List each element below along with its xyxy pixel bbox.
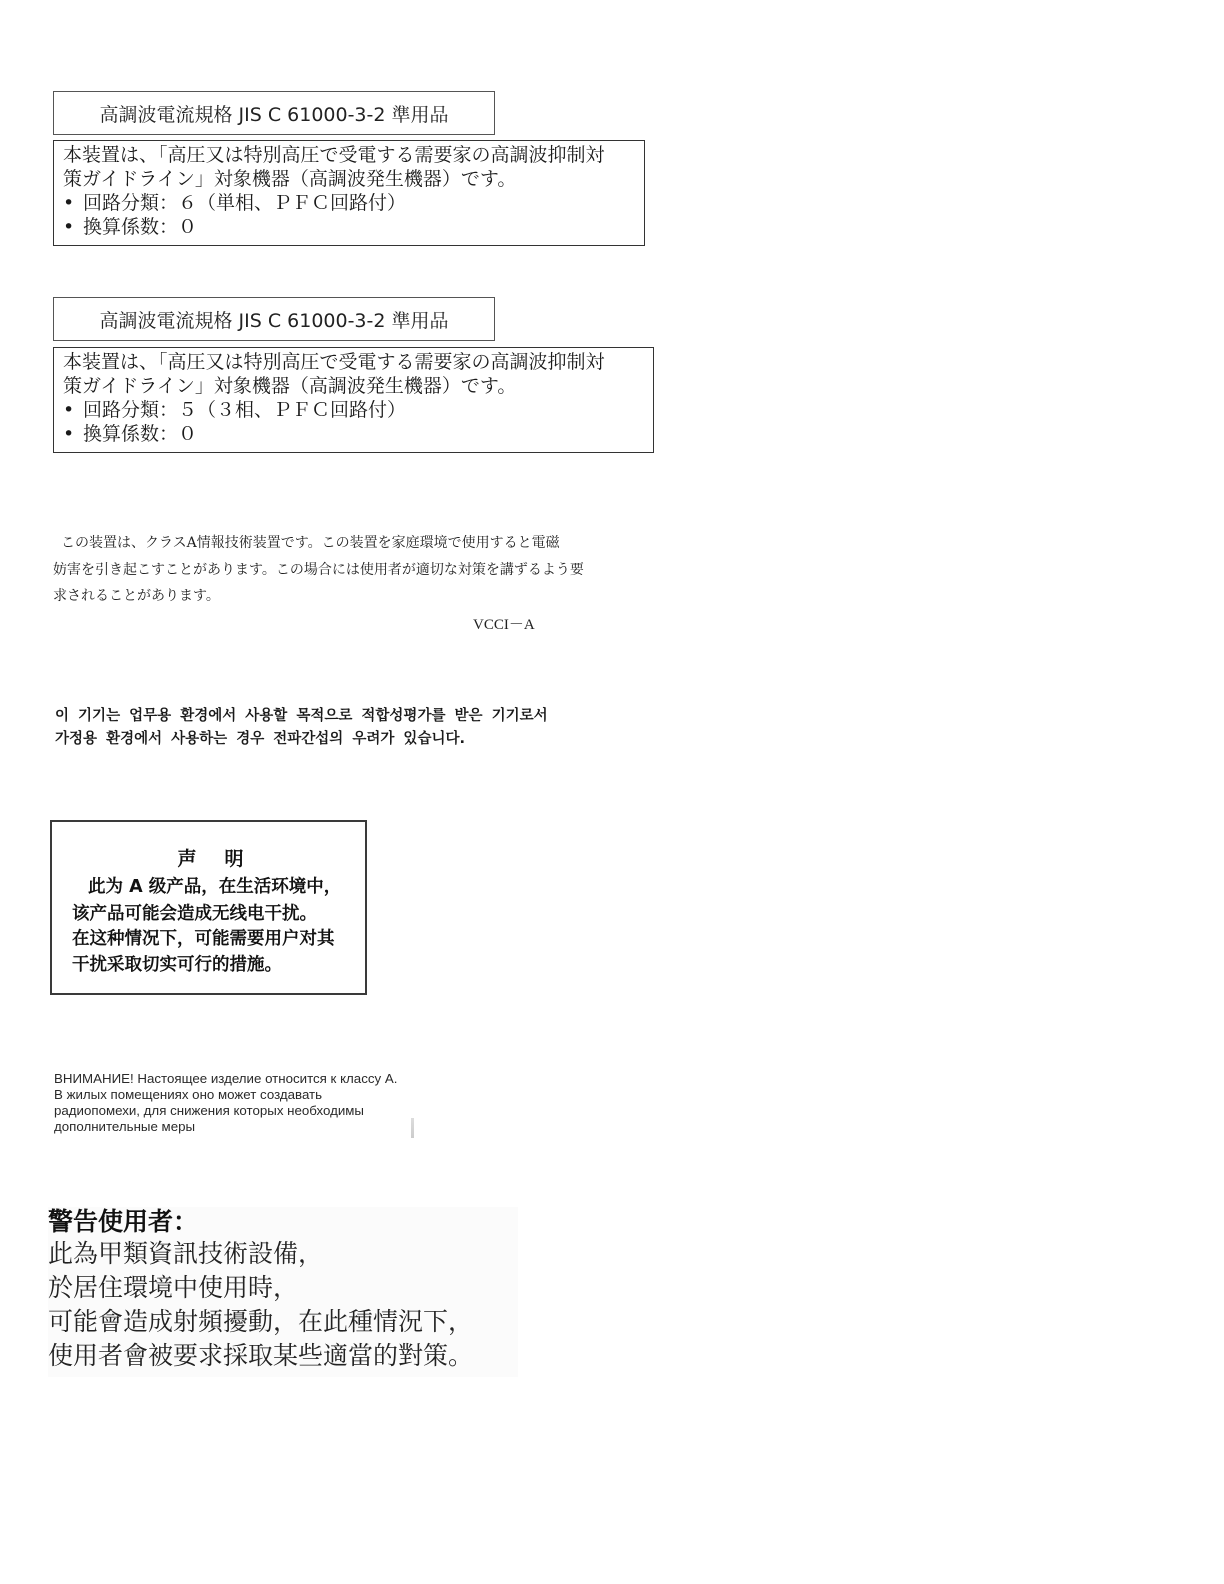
jis-notice-title-text: 高調波電流規格 JIS C 61000-3-2 準用品: [99, 100, 448, 127]
jis-bullet-circuit-class: •回路分類：５（３相、ＰＦＣ回路付）: [63, 398, 644, 422]
vcci-mark: VCCI－A: [473, 613, 535, 634]
bullet-text: 回路分類：６（単相、ＰＦＣ回路付）: [83, 192, 406, 214]
taiwan-warning-line: 於居住環境中使用時，: [48, 1271, 518, 1305]
bullet-icon: •: [63, 422, 83, 446]
bullet-icon: •: [63, 398, 83, 422]
taiwan-warning-line: 此為甲類資訊技術設備，: [48, 1237, 518, 1271]
taiwan-warning-line: 可能會造成射頻擾動，在此種情況下，: [48, 1305, 518, 1339]
bullet-icon: •: [63, 215, 83, 239]
taiwan-bsmi-warning: 警告使用者： 此為甲類資訊技術設備， 於居住環境中使用時， 可能會造成射頻擾動，…: [48, 1207, 518, 1377]
russian-line: радиопомехи, для снижения которых необхо…: [54, 1103, 397, 1119]
russia-class-a-notice: ВНИМАНИЕ! Настоящее изделие относится к …: [54, 1071, 397, 1135]
china-statement-line: 该产品可能会造成无线电干扰。: [72, 901, 317, 928]
jis-body-line: 策ガイドライン」対象機器（高調波発生機器）です。: [63, 374, 644, 398]
korean-kc-notice: 이 기기는 업무용 환경에서 사용할 목적으로 적합성평가를 받은 기기로서 가…: [55, 705, 548, 751]
jis-notice-body: 本装置は、「高圧又は特別高圧で受電する需要家の高調波抑制対 策ガイドライン」対象…: [53, 140, 645, 246]
jis-body-line: 策ガイドライン」対象機器（高調波発生機器）です。: [63, 167, 635, 191]
taiwan-warning-title: 警告使用者：: [48, 1207, 518, 1237]
bullet-icon: •: [63, 191, 83, 215]
taiwan-warning-line: 使用者會被要求採取某些適當的對策。: [48, 1339, 518, 1373]
russian-line: В жилых помещениях оно может создавать: [54, 1087, 397, 1103]
jis-body-line: 本装置は、「高圧又は特別高圧で受電する需要家の高調波抑制対: [63, 143, 635, 167]
vcci-line: この装置は、クラスA情報技術装置です。この装置を家庭環境で使用すると電磁: [53, 530, 563, 557]
jis-notice-body: 本装置は、「高圧又は特別高圧で受電する需要家の高調波抑制対 策ガイドライン」対象…: [53, 347, 654, 453]
vcci-statement: この装置は、クラスA情報技術装置です。この装置を家庭環境で使用すると電磁 妨害を…: [53, 530, 563, 610]
jis-notice-title-text: 高調波電流規格 JIS C 61000-3-2 準用品: [99, 306, 448, 333]
vcci-line: 求されることがあります。: [53, 583, 563, 610]
bullet-text: 換算係数：０: [83, 423, 197, 445]
russian-line: дополнительные меры: [54, 1119, 397, 1135]
bullet-text: 換算係数：０: [83, 216, 197, 238]
china-class-a-statement-box: 声明 此为 A 级产品，在生活环境中， 该产品可能会造成无线电干扰。 在这种情况…: [50, 820, 367, 995]
china-statement-line: 在这种情况下，可能需要用户对其: [72, 926, 335, 953]
jis-notice-title: 高調波電流規格 JIS C 61000-3-2 準用品: [53, 91, 495, 135]
jis-bullet-conversion-factor: •換算係数：０: [63, 422, 644, 446]
jis-bullet-circuit-class: •回路分類：６（単相、ＰＦＣ回路付）: [63, 191, 635, 215]
bullet-text: 回路分類：５（３相、ＰＦＣ回路付）: [83, 399, 406, 421]
jis-bullet-conversion-factor: •換算係数：０: [63, 215, 635, 239]
vcci-line: 妨害を引き起こすことがあります。この場合には使用者が適切な対策を講ずるよう要: [53, 557, 563, 584]
china-statement-title: 声明: [52, 844, 369, 871]
russian-image-id-mark: [411, 1118, 414, 1138]
russian-line: ВНИМАНИЕ! Настоящее изделие относится к …: [54, 1071, 397, 1087]
jis-body-line: 本装置は、「高圧又は特別高圧で受電する需要家の高調波抑制対: [63, 350, 644, 374]
korean-line: 가정용 환경에서 사용하는 경우 전파간섭의 우려가 있습니다.: [55, 728, 548, 751]
china-statement-line: 此为 A 级产品，在生活环境中，: [88, 874, 341, 901]
china-statement-line: 干扰采取切实可行的措施。: [72, 952, 282, 979]
jis-notice-title: 高調波電流規格 JIS C 61000-3-2 準用品: [53, 297, 495, 341]
korean-line: 이 기기는 업무용 환경에서 사용할 목적으로 적합성평가를 받은 기기로서: [55, 705, 548, 728]
